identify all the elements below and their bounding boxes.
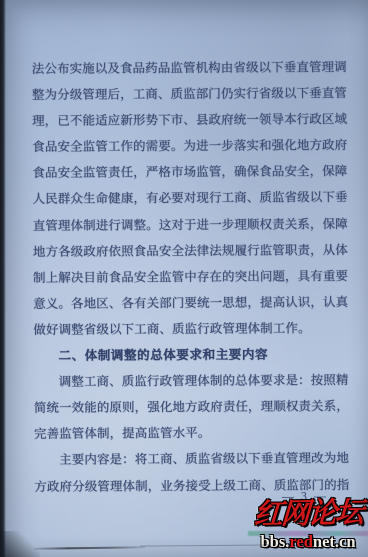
forum-watermark: 红网论坛 bbs.rednet.cn <box>248 495 368 557</box>
document-line: 整为分级管理后，工商、质监部门仍实行省级以下垂直管 <box>32 80 348 108</box>
document-line: 地方各级政府依照食品安全法律法规履行监管职责，从体 <box>33 237 349 265</box>
document-line: 主要内容是：将工商、质监省级以下垂直管理改为地 <box>34 445 350 473</box>
section-heading: 二、体制调整的总体要求和主要内容 <box>33 341 349 369</box>
document-line: 人民群众生命健康，有必要对现行工商、质监省级以下垂 <box>32 185 348 213</box>
document-line: 完善监管体制，提高监管水平。 <box>34 419 350 447</box>
document-line: 意义。各地区、各有关部门要统一思想，提高认识，认真 <box>33 289 349 317</box>
document-line: 制上解决目前食品安全监管中存在的突出问题，具有重要 <box>33 263 349 291</box>
document-body: 法公布实施以及食品药品监管机构由省级以下垂直管理调 整为分级管理后，工商、质监部… <box>32 54 351 500</box>
photo-edge-corner <box>0 531 40 557</box>
photo-edge <box>0 0 6 557</box>
document-line: 法公布实施以及食品药品监管机构由省级以下垂直管理调 <box>32 54 348 82</box>
watermark-title: 红网论坛 <box>248 494 368 534</box>
watermark-url: bbs.rednet.cn <box>248 532 368 552</box>
watermark-url-prefix: bbs. <box>260 532 289 551</box>
document-line: 食品安全监管工作的需要。为进一步落实和强化地方政府 <box>32 132 348 160</box>
document-line: 直管理体制进行调整。这对于进一步理顺权责关系，保障 <box>33 211 349 239</box>
document-line: 食品安全监管责任，严格市场监管，确保食品安全，保障 <box>32 158 348 186</box>
watermark-url-suffix: net.cn <box>313 532 356 551</box>
document-line: 做好调整省级以下工商、质监行政管理体制工作。 <box>33 315 349 343</box>
document-line: 简统一效能的原则，强化地方政府责任，理顺权责关系， <box>34 393 350 421</box>
document-line: 理，已不能适应新形势下市、县政府统一领导本行政区域 <box>32 106 348 134</box>
watermark-url-red: red <box>289 532 313 551</box>
document-line: 调整工商、质监行政管理体制的总体要求是：按照精 <box>34 367 350 395</box>
